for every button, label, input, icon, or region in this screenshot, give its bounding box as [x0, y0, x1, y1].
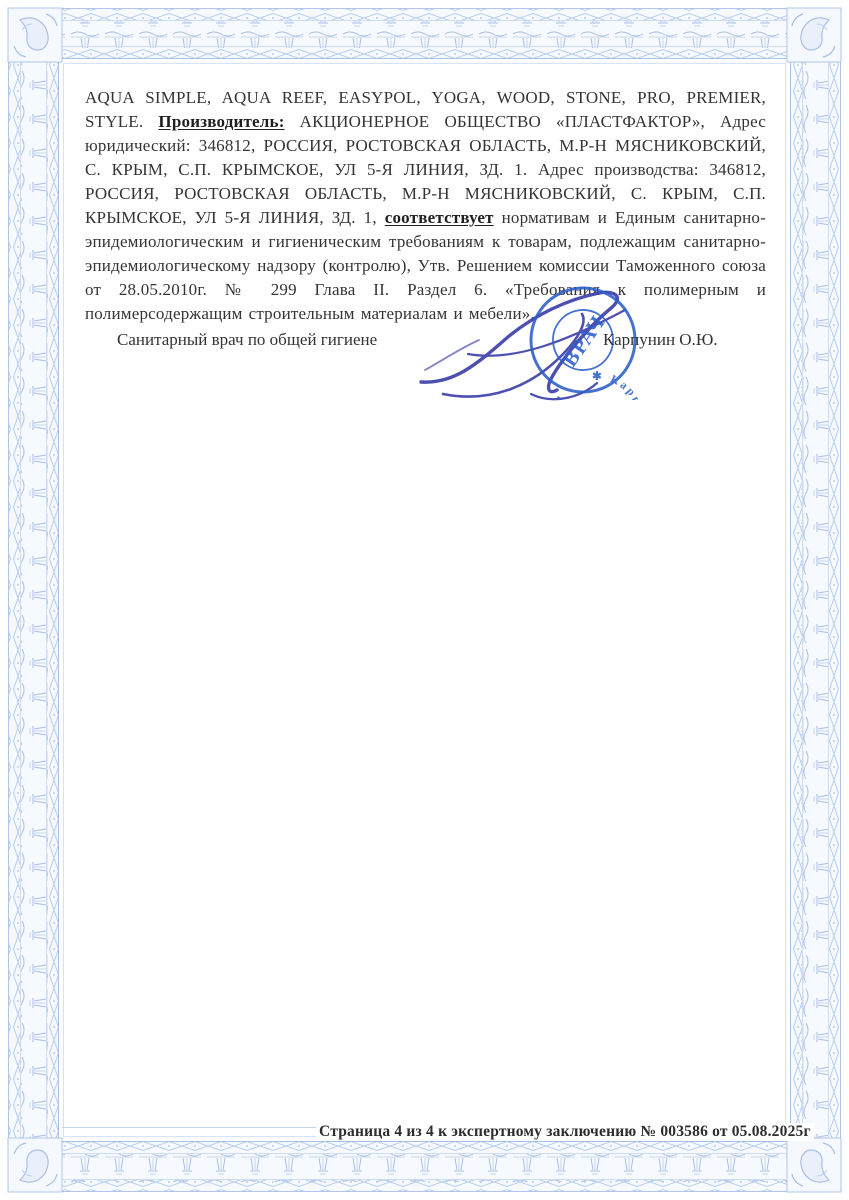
footer-page-info: Страница 4 из 4 к экспертному заключению…: [316, 1123, 814, 1141]
signer-name: Карпунин О.Ю.: [603, 330, 718, 350]
manufacturer-label: Производитель:: [158, 112, 284, 131]
page-container: AQUA SIMPLE, AQUA REEF, EASYPOL, YOGA, W…: [0, 0, 849, 1200]
signature-role-label: Санитарный врач по общей гигиене: [117, 330, 377, 350]
signature-block: Санитарный врач по общей гигиене ✱ Карпу…: [85, 318, 766, 448]
compliance-keyword: соответствует: [385, 208, 494, 227]
